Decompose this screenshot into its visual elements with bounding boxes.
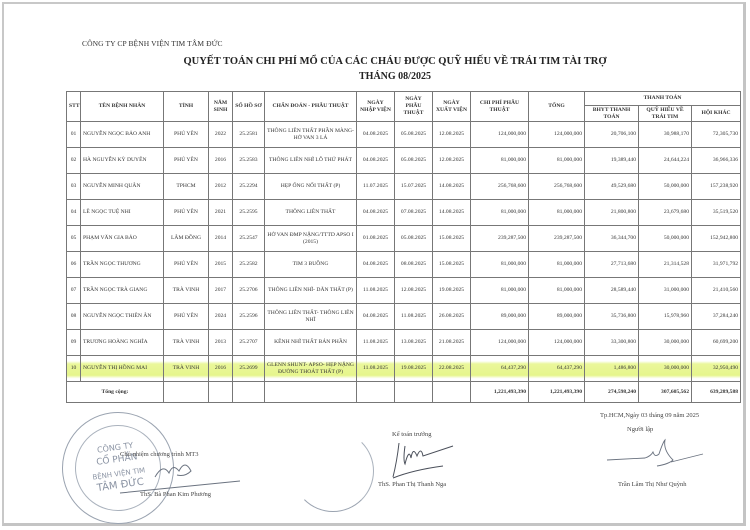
cell-province: TPHCM (164, 174, 209, 200)
sig-right-name-block: Trần Lâm Thị Như Quỳnh (618, 481, 687, 488)
cell-bhyt: 35,736,800 (585, 304, 639, 330)
cell-surgery: 15.07.2025 (395, 174, 433, 200)
cell-bhyt: 20,706,100 (585, 122, 639, 148)
cell-diagnosis: THÔNG LIÊN THẤT- THÔNG LIÊN NHĨ (265, 304, 357, 330)
cell-diagnosis: THÔNG LIÊN THẤT PHẦN MÀNG- HỞ VAN 3 LÁ (265, 122, 357, 148)
cell-discharge: 15.08.2025 (433, 252, 471, 278)
col-total: TỔNG (529, 92, 585, 122)
cell-province: LÂM ĐỒNG (164, 226, 209, 252)
col-fund: QUỸ HIẾU VỀ TRÁI TIM (639, 106, 692, 122)
cell-discharge: 26.08.2025 (433, 304, 471, 330)
sig-right-title: Người lập (627, 426, 653, 433)
cell-diagnosis: THÔNG LIÊN THẤT (265, 200, 357, 226)
cell-discharge: 12.08.2025 (433, 122, 471, 148)
cell-other: 152,942,800 (692, 226, 741, 252)
cell-admission: 04.08.2025 (357, 304, 395, 330)
cell-record-no: 25.2706 (233, 278, 265, 304)
totals-row: Tổng cộng: 1,221,493,390 1,221,493,390 2… (67, 382, 741, 403)
cell-birth-year: 2017 (209, 278, 233, 304)
cell-province: PHÚ YÊN (164, 122, 209, 148)
sig-right-name: Trần Lâm Thị Như Quỳnh (618, 481, 687, 488)
sig-middle-name: ThS. Phan Thị Thanh Nga (378, 481, 446, 488)
cell-diagnosis: THÔNG LIÊN NHĨ- DÃN THẤT (P) (265, 278, 357, 304)
cell-bhyt: 36,344,700 (585, 226, 639, 252)
cell-surgery-cost: 239,287,500 (471, 226, 529, 252)
cell-name: NGUYỄN NGỌC THIÊN ÂN (81, 304, 164, 330)
cell-birth-year: 2013 (209, 330, 233, 356)
table-row: 10NGUYỄN THỊ HỒNG MAITRÀ VINH201625.2699… (67, 356, 741, 382)
cell-surgery: 19.08.2025 (395, 356, 433, 382)
cell-province: PHÚ YÊN (164, 148, 209, 174)
table-row: 09TRƯƠNG HOÀNG NGHĨATRÀ VINH201325.2707K… (67, 330, 741, 356)
cell-other: 37,284,240 (692, 304, 741, 330)
sig-left-signature (115, 455, 245, 495)
cell-fund: 50,000,000 (639, 174, 692, 200)
cell-stt: 06 (67, 252, 81, 278)
total-fund: 307,605,562 (639, 382, 692, 403)
cell-admission: 04.08.2025 (357, 252, 395, 278)
cell-bhyt: 28,589,440 (585, 278, 639, 304)
cell-name: LÊ NGỌC TUỆ NHI (81, 200, 164, 226)
table-row: 04LÊ NGỌC TUỆ NHIPHÚ YÊN202125.2595THÔNG… (67, 200, 741, 226)
cell-total: 64,437,290 (529, 356, 585, 382)
cell-admission: 04.08.2025 (357, 122, 395, 148)
cell-other: 21,410,560 (692, 278, 741, 304)
cell-birth-year: 2022 (209, 122, 233, 148)
cell-surgery-cost: 81,000,000 (471, 200, 529, 226)
col-name: TÊN BỆNH NHÂN (81, 92, 164, 122)
cell-surgery: 05.08.2025 (395, 226, 433, 252)
cell-other: 32,950,490 (692, 356, 741, 382)
cell-fund: 24,644,224 (639, 148, 692, 174)
cell-stt: 09 (67, 330, 81, 356)
cell-birth-year: 2014 (209, 226, 233, 252)
col-stt: STT (67, 92, 81, 122)
cell-fund: 50,000,000 (639, 226, 692, 252)
cell-name: TRẦN NGỌC TRÀ GIANG (81, 278, 164, 304)
sig-left-name: ThS. Bà Phan Kim Phương (140, 491, 211, 498)
cell-surgery-cost: 89,000,000 (471, 304, 529, 330)
cell-name: TRƯƠNG HOÀNG NGHĨA (81, 330, 164, 356)
cell-admission: 04.08.2025 (357, 148, 395, 174)
cell-province: PHÚ YÊN (164, 304, 209, 330)
sig-date-block: Tp.HCM,Ngày 03 tháng 09 năm 2025 (600, 412, 699, 419)
cell-surgery: 12.08.2025 (395, 278, 433, 304)
cell-discharge: 14.08.2025 (433, 174, 471, 200)
cell-fund: 21,314,528 (639, 252, 692, 278)
cell-province: PHÚ YÊN (164, 252, 209, 278)
col-surgery: NGÀY PHẪU THUẬT (395, 92, 433, 122)
cell-surgery: 05.08.2025 (395, 148, 433, 174)
cell-surgery: 13.08.2025 (395, 330, 433, 356)
col-other: HỘI KHÁC (692, 106, 741, 122)
cell-bhyt: 21,800,800 (585, 200, 639, 226)
cell-total: 89,000,000 (529, 304, 585, 330)
cell-stt: 04 (67, 200, 81, 226)
company-name: CÔNG TY CP BỆNH VIỆN TIM TÂM ĐỨC (82, 39, 223, 48)
cell-fund: 30,000,000 (639, 330, 692, 356)
stamp-partial (292, 430, 374, 512)
cell-name: PHẠM VĂN GIA BẢO (81, 226, 164, 252)
table-row: 01NGUYỄN NGỌC BẢO ANHPHÚ YÊN202225.2581T… (67, 122, 741, 148)
cell-surgery-cost: 124,000,000 (471, 330, 529, 356)
cell-bhyt: 49,529,680 (585, 174, 639, 200)
cell-diagnosis: HỞ VAN ĐMP NẶNG/TTTD APSO I (2015) (265, 226, 357, 252)
cell-stt: 02 (67, 148, 81, 174)
cell-surgery-cost: 124,000,000 (471, 122, 529, 148)
cell-bhyt: 33,300,800 (585, 330, 639, 356)
cell-admission: 11.07.2025 (357, 174, 395, 200)
cell-province: PHÚ YÊN (164, 200, 209, 226)
cell-total: 81,000,000 (529, 200, 585, 226)
cell-total: 124,000,000 (529, 330, 585, 356)
cell-stt: 05 (67, 226, 81, 252)
cell-stt: 03 (67, 174, 81, 200)
cell-surgery-cost: 81,000,000 (471, 148, 529, 174)
cell-admission: 11.08.2025 (357, 278, 395, 304)
sig-date-line: Tp.HCM,Ngày 03 tháng 09 năm 2025 (600, 412, 699, 419)
cell-diagnosis: THÔNG LIÊN NHĨ LỖ THỨ PHÁT (265, 148, 357, 174)
cell-name: HÀ NGUYỄN KỲ DUYÊN (81, 148, 164, 174)
cell-total: 256,768,600 (529, 174, 585, 200)
cell-birth-year: 2016 (209, 356, 233, 382)
cell-name: TRẦN NGỌC THƯƠNG (81, 252, 164, 278)
cell-other: 35,519,520 (692, 200, 741, 226)
total-surgery-cost: 1,221,493,390 (471, 382, 529, 403)
cell-bhyt: 1,486,800 (585, 356, 639, 382)
cell-diagnosis: TIM 3 BUỒNG (265, 252, 357, 278)
cell-surgery-cost: 81,000,000 (471, 278, 529, 304)
cell-surgery-cost: 64,437,290 (471, 356, 529, 382)
cell-admission: 11.08.2025 (357, 356, 395, 382)
cell-name: NGUYỄN THỊ HỒNG MAI (81, 356, 164, 382)
sig-right-signature (605, 438, 705, 478)
cell-discharge: 19.08.2025 (433, 278, 471, 304)
col-payment-group: THANH TOÁN (585, 92, 741, 106)
cell-admission: 01.08.2025 (357, 226, 395, 252)
cell-other: 72,305,730 (692, 122, 741, 148)
sig-middle-title: Kế toán trưởng (392, 431, 431, 438)
cell-name: NGUYỄN MINH QUÂN (81, 174, 164, 200)
cell-total: 81,000,000 (529, 278, 585, 304)
cell-discharge: 21.08.2025 (433, 330, 471, 356)
table-row: 03NGUYỄN MINH QUÂNTPHCM201225.2294HẸP ỐN… (67, 174, 741, 200)
cell-admission: 11.08.2025 (357, 330, 395, 356)
cell-record-no: 25.2547 (233, 226, 265, 252)
cell-name: NGUYỄN NGỌC BẢO ANH (81, 122, 164, 148)
settlement-table: STT TÊN BỆNH NHÂN TỈNH NĂM SINH SỐ HỒ SƠ… (66, 91, 741, 403)
cell-birth-year: 2016 (209, 148, 233, 174)
cell-fund: 15,978,960 (639, 304, 692, 330)
table-row: 02HÀ NGUYỄN KỲ DUYÊNPHÚ YÊN201625.2583TH… (67, 148, 741, 174)
cell-stt: 07 (67, 278, 81, 304)
report-subtitle: THÁNG 08/2025 (0, 71, 750, 82)
col-diagnosis: CHẨN ĐOÁN - PHẪU THUẬT (265, 92, 357, 122)
cell-discharge: 14.08.2025 (433, 200, 471, 226)
cell-birth-year: 2021 (209, 200, 233, 226)
cell-discharge: 12.08.2025 (433, 148, 471, 174)
cell-total: 81,000,000 (529, 252, 585, 278)
cell-diagnosis: GLENN SHUNT- APSO- HẸP NẶNG ĐƯỜNG THOÁT … (265, 356, 357, 382)
cell-other: 60,699,200 (692, 330, 741, 356)
table-row: 06TRẦN NGỌC THƯƠNGPHÚ YÊN201525.2582TIM … (67, 252, 741, 278)
cell-birth-year: 2012 (209, 174, 233, 200)
cell-total: 124,000,000 (529, 122, 585, 148)
cell-discharge: 15.08.2025 (433, 226, 471, 252)
cell-birth-year: 2024 (209, 304, 233, 330)
cell-admission: 04.08.2025 (357, 200, 395, 226)
cell-diagnosis: KÊNH NHĨ THẤT BÁN PHẦN (265, 330, 357, 356)
cell-stt: 08 (67, 304, 81, 330)
cell-record-no: 25.2699 (233, 356, 265, 382)
cell-surgery: 08.08.2025 (395, 252, 433, 278)
col-birth-year: NĂM SINH (209, 92, 233, 122)
cell-bhyt: 27,713,680 (585, 252, 639, 278)
cell-record-no: 25.2707 (233, 330, 265, 356)
cell-total: 81,000,000 (529, 148, 585, 174)
cell-record-no: 25.2581 (233, 122, 265, 148)
cell-discharge: 22.08.2025 (433, 356, 471, 382)
cell-record-no: 25.2583 (233, 148, 265, 174)
col-discharge: NGÀY XUẤT VIỆN (433, 92, 471, 122)
cell-surgery: 11.08.2025 (395, 304, 433, 330)
sig-middle-name-block: ThS. Phan Thị Thanh Nga (378, 481, 446, 488)
table-row: 05PHẠM VĂN GIA BẢOLÂM ĐỒNG201425.2547HỞ … (67, 226, 741, 252)
cell-diagnosis: HẸP ỐNG NỐI THẤT (P) (265, 174, 357, 200)
table-row: 08NGUYỄN NGỌC THIÊN ÂNPHÚ YÊN202425.2596… (67, 304, 741, 330)
sig-right-block: Người lập (627, 426, 653, 433)
cell-fund: 30,000,000 (639, 356, 692, 382)
cell-fund: 23,679,680 (639, 200, 692, 226)
cell-bhyt: 19,389,440 (585, 148, 639, 174)
cell-fund: 31,000,000 (639, 278, 692, 304)
cell-birth-year: 2015 (209, 252, 233, 278)
col-admission: NGÀY NHẬP VIỆN (357, 92, 395, 122)
cell-record-no: 25.2582 (233, 252, 265, 278)
total-total: 1,221,493,390 (529, 382, 585, 403)
cell-surgery-cost: 81,000,000 (471, 252, 529, 278)
cell-province: TRÀ VINH (164, 278, 209, 304)
cell-province: TRÀ VINH (164, 330, 209, 356)
col-surgery-cost: CHI PHÍ PHẪU THUẬT (471, 92, 529, 122)
cell-other: 157,238,920 (692, 174, 741, 200)
cell-fund: 30,988,170 (639, 122, 692, 148)
sig-left-name-block: ThS. Bà Phan Kim Phương (140, 491, 211, 498)
cell-stt: 10 (67, 356, 81, 382)
cell-surgery: 05.08.2025 (395, 122, 433, 148)
report-title: QUYẾT TOÁN CHI PHÍ MỔ CỦA CÁC CHÁU ĐƯỢC … (0, 56, 750, 67)
cell-surgery-cost: 256,768,600 (471, 174, 529, 200)
cell-stt: 01 (67, 122, 81, 148)
total-bhyt: 274,598,240 (585, 382, 639, 403)
total-other: 639,289,588 (692, 382, 741, 403)
col-bhyt: BHYT THANH TOÁN (585, 106, 639, 122)
col-record-no: SỐ HỒ SƠ (233, 92, 265, 122)
cell-province: TRÀ VINH (164, 356, 209, 382)
sig-middle-signature (385, 438, 465, 483)
cell-surgery: 07.08.2025 (395, 200, 433, 226)
cell-other: 31,971,792 (692, 252, 741, 278)
sig-middle-block: Kế toán trưởng (392, 431, 431, 438)
cell-total: 239,287,500 (529, 226, 585, 252)
cell-record-no: 25.2596 (233, 304, 265, 330)
cell-record-no: 25.2595 (233, 200, 265, 226)
table-row: 07TRẦN NGỌC TRÀ GIANGTRÀ VINH201725.2706… (67, 278, 741, 304)
col-province: TỈNH (164, 92, 209, 122)
cell-record-no: 25.2294 (233, 174, 265, 200)
cell-other: 36,966,336 (692, 148, 741, 174)
totals-label: Tổng cộng: (67, 382, 164, 403)
